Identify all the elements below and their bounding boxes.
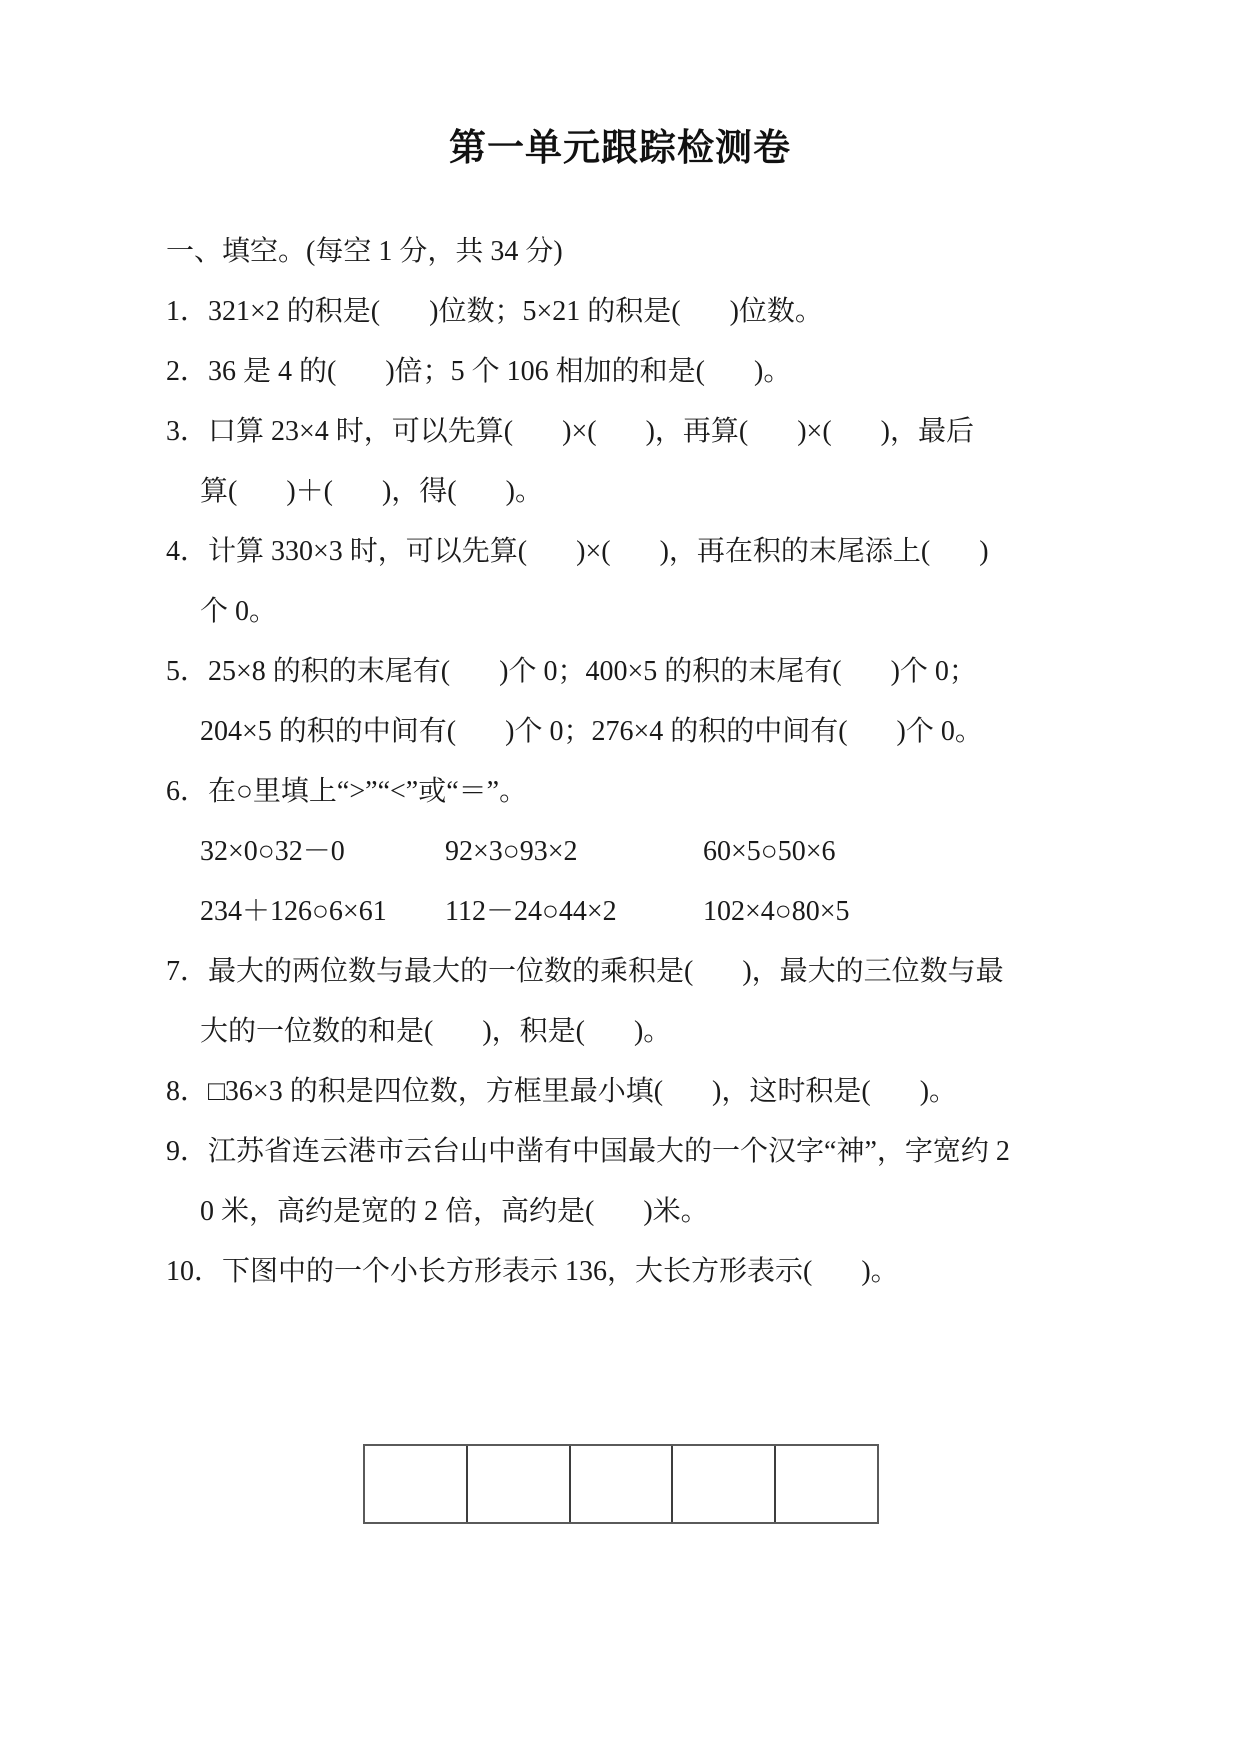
question-5-number: 5． <box>166 642 208 702</box>
question-1: 1．321×2 的积是( )位数；5×21 的积是( )位数。 <box>166 282 1170 342</box>
question-4: 4．计算 330×3 时，可以先算( )×( )，再在积的末尾添上( ) <box>166 522 1170 582</box>
question-4-text: 计算 330×3 时，可以先算( )×( )，再在积的末尾添上( ) <box>208 536 989 567</box>
question-5: 5．25×8 的积的末尾有( )个 0；400×5 的积的末尾有( )个 0； <box>166 642 1170 702</box>
test-paper-page: 第一单元跟踪检测卷 一、填空。(每空 1 分，共 34 分) 1．321×2 的… <box>0 0 1240 1754</box>
question-3-number: 3． <box>166 402 208 462</box>
question-2-text: 36 是 4 的( )倍；5 个 106 相加的和是( )。 <box>208 356 791 387</box>
question-2: 2．36 是 4 的( )倍；5 个 106 相加的和是( )。 <box>166 342 1170 402</box>
page-title: 第一单元跟踪检测卷 <box>0 0 1240 170</box>
question-6-number: 6． <box>166 762 208 822</box>
question-7-continuation: 大的一位数的和是( )，积是( )。 <box>166 1002 1170 1062</box>
question-1-number: 1． <box>166 282 208 342</box>
question-5-text: 25×8 的积的末尾有( )个 0；400×5 的积的末尾有( )个 0； <box>208 656 977 687</box>
figure-rectangle <box>363 1444 879 1524</box>
question-1-text: 321×2 的积是( )位数；5×21 的积是( )位数。 <box>208 296 823 327</box>
figure-cell <box>468 1446 571 1522</box>
question-2-number: 2． <box>166 342 208 402</box>
question-4-number: 4． <box>166 522 208 582</box>
question-3-continuation: 算( )＋( )，得( )。 <box>166 462 1170 522</box>
section-heading: 一、填空。(每空 1 分，共 34 分) <box>166 222 1170 282</box>
comparison-row-2: 234＋126○6×61112－24○44×2102×4○80×5 <box>166 882 1170 942</box>
question-3-text: 口算 23×4 时，可以先算( )×( )，再算( )×( )，最后 <box>208 416 974 447</box>
figure-cell <box>365 1446 468 1522</box>
question-10: 10．下图中的一个小长方形表示 136，大长方形表示( )。 <box>166 1242 1170 1302</box>
question-9-continuation: 0 米，高约是宽的 2 倍，高约是( )米。 <box>166 1182 1170 1242</box>
comparison-expression: 234＋126○6×61 <box>200 882 445 942</box>
question-10-text: 下图中的一个小长方形表示 136，大长方形表示( )。 <box>222 1256 899 1287</box>
question-9: 9．江苏省连云港市云台山中凿有中国最大的一个汉字“神”，字宽约 2 <box>166 1122 1170 1182</box>
fill-in-blanks-section: 一、填空。(每空 1 分，共 34 分) 1．321×2 的积是( )位数；5×… <box>0 222 1240 1524</box>
question-9-number: 9． <box>166 1122 208 1182</box>
question-7-text: 最大的两位数与最大的一位数的乘积是( )，最大的三位数与最 <box>208 956 1004 987</box>
question-7-number: 7． <box>166 942 208 1002</box>
comparison-row-1: 32×0○32－092×3○93×260×5○50×6 <box>166 822 1170 882</box>
comparison-expression: 92×3○93×2 <box>445 822 703 882</box>
figure-cell <box>776 1446 877 1522</box>
question-5-continuation: 204×5 的积的中间有( )个 0；276×4 的积的中间有( )个 0。 <box>166 702 1170 762</box>
question-8-text: □36×3 的积是四位数，方框里最小填( )，这时积是( )。 <box>208 1076 957 1107</box>
question-3: 3．口算 23×4 时，可以先算( )×( )，再算( )×( )，最后 <box>166 402 1170 462</box>
question-8: 8．□36×3 的积是四位数，方框里最小填( )，这时积是( )。 <box>166 1062 1170 1122</box>
comparison-expression: 60×5○50×6 <box>703 822 836 882</box>
question-6-text: 在○里填上“>”“<”或“＝”。 <box>208 776 527 807</box>
comparison-expression: 32×0○32－0 <box>200 822 445 882</box>
question-10-number: 10． <box>166 1242 222 1302</box>
question-6: 6．在○里填上“>”“<”或“＝”。 <box>166 762 1170 822</box>
question-4-continuation: 个 0。 <box>166 582 1170 642</box>
comparison-expression: 102×4○80×5 <box>703 882 850 942</box>
question-9-text: 江苏省连云港市云台山中凿有中国最大的一个汉字“神”，字宽约 2 <box>208 1136 1010 1167</box>
comparison-expression: 112－24○44×2 <box>445 882 703 942</box>
figure-cell <box>571 1446 674 1522</box>
figure-cell <box>673 1446 776 1522</box>
question-7: 7．最大的两位数与最大的一位数的乘积是( )，最大的三位数与最 <box>166 942 1170 1002</box>
question-8-number: 8． <box>166 1062 208 1122</box>
